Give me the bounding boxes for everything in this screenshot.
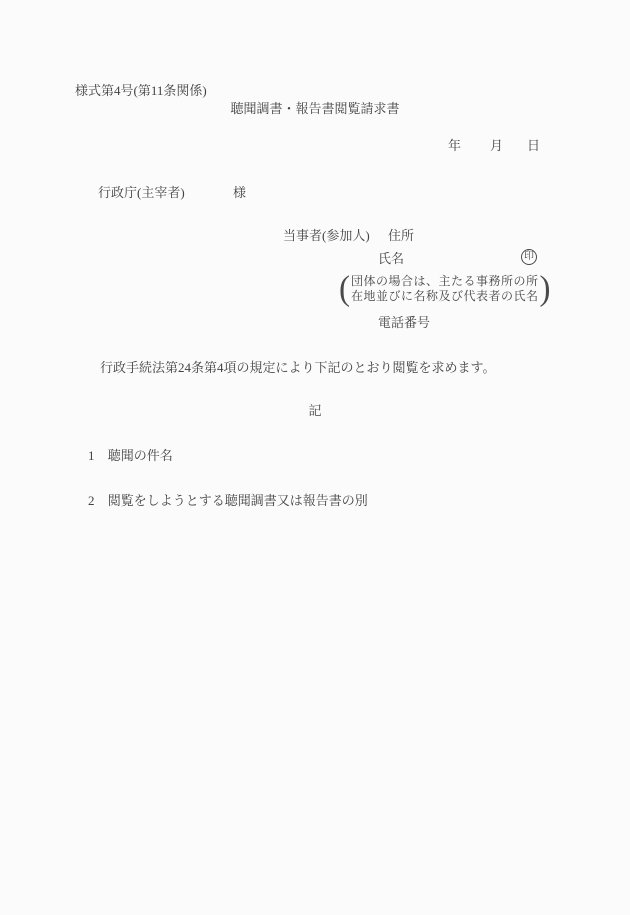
- form-number: 様式第4号(第11条関係): [75, 84, 207, 99]
- list-item-1: 1 聴聞の件名: [88, 449, 173, 464]
- list-item-2: 2 閲覧をしようとする聴聞調書又は報告書の別: [88, 494, 368, 509]
- party-label: 当事者(参加人): [283, 229, 370, 244]
- body-text: 行政手続法第24条第4項の規定により下記のとおり閲覧を求めます。: [100, 361, 495, 376]
- date-year-label: 年: [448, 139, 461, 154]
- org-note-line1: 団体の場合は、主たる事務所の所: [351, 274, 539, 289]
- item-1-text: 聴聞の件名: [108, 448, 173, 463]
- org-note-lines: 団体の場合は、主たる事務所の所 在地並びに名称及び代表者の氏名: [351, 274, 539, 304]
- document-title: 聴聞調書・報告書閲覧請求書: [0, 102, 630, 117]
- phone-label: 電話番号: [378, 316, 430, 331]
- org-note-open-paren: (: [339, 270, 350, 308]
- date-day-label: 日: [527, 139, 540, 154]
- item-1-number: 1: [88, 448, 95, 463]
- name-label: 氏名: [378, 252, 404, 267]
- addressee-honorific: 様: [233, 186, 246, 201]
- item-2-text: 閲覧をしようとする聴聞調書又は報告書の別: [108, 493, 368, 508]
- date-month-label: 月: [490, 139, 503, 154]
- document-page: 様式第4号(第11条関係) 聴聞調書・報告書閲覧請求書 年 月 日 行政庁(主宰…: [0, 0, 630, 915]
- addressee-label: 行政庁(主宰者): [98, 186, 185, 201]
- org-note-close-paren: ): [540, 270, 551, 308]
- section-marker: 記: [0, 404, 630, 419]
- address-label: 住所: [388, 229, 414, 244]
- item-2-number: 2: [88, 493, 95, 508]
- seal-character: 印: [524, 252, 534, 262]
- seal-mark-icon: 印: [521, 249, 537, 265]
- date-line: 年 月 日: [448, 139, 540, 154]
- org-note: ( 団体の場合は、主たる事務所の所 在地並びに名称及び代表者の氏名 ): [339, 271, 551, 307]
- org-note-line2: 在地並びに名称及び代表者の氏名: [351, 289, 539, 304]
